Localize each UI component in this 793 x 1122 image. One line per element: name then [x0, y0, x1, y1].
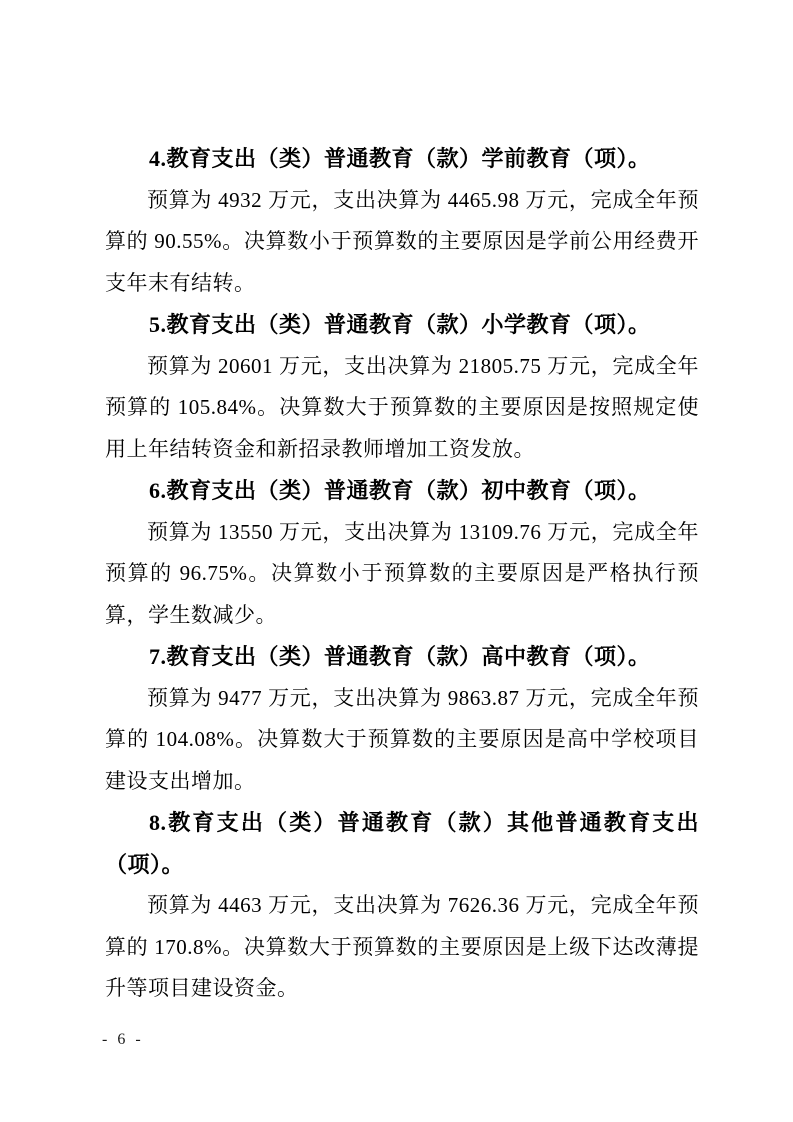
section-other-general-education: 8.教育支出（类）普通教育（款）其他普通教育支出（项）。 预算为 4463 万元…	[105, 802, 699, 1010]
section-heading: 6.教育支出（类）普通教育（款）初中教育（项）。	[105, 470, 699, 512]
section-paragraph: 预算为 9477 万元，支出决算为 9863.87 万元，完成全年预算的 104…	[105, 678, 699, 803]
section-preschool-education: 4.教育支出（类）普通教育（款）学前教育（项）。 预算为 4932 万元，支出决…	[105, 138, 699, 304]
section-paragraph: 预算为 13550 万元，支出决算为 13109.76 万元，完成全年预算的 9…	[105, 512, 699, 637]
section-primary-education: 5.教育支出（类）普通教育（款）小学教育（项）。 预算为 20601 万元，支出…	[105, 304, 699, 470]
document-content: 4.教育支出（类）普通教育（款）学前教育（项）。 预算为 4932 万元，支出决…	[105, 138, 699, 1010]
section-heading: 7.教育支出（类）普通教育（款）高中教育（项）。	[105, 636, 699, 678]
section-heading: 4.教育支出（类）普通教育（款）学前教育（项）。	[105, 138, 699, 180]
section-paragraph: 预算为 20601 万元，支出决算为 21805.75 万元，完成全年预算的 1…	[105, 346, 699, 471]
section-heading: 5.教育支出（类）普通教育（款）小学教育（项）。	[105, 304, 699, 346]
section-paragraph: 预算为 4932 万元，支出决算为 4465.98 万元，完成全年预算的 90.…	[105, 180, 699, 305]
section-paragraph: 预算为 4463 万元，支出决算为 7626.36 万元，完成全年预算的 170…	[105, 885, 699, 1010]
section-junior-high-education: 6.教育支出（类）普通教育（款）初中教育（项）。 预算为 13550 万元，支出…	[105, 470, 699, 636]
section-heading: 8.教育支出（类）普通教育（款）其他普通教育支出（项）。	[105, 802, 699, 885]
section-senior-high-education: 7.教育支出（类）普通教育（款）高中教育（项）。 预算为 9477 万元，支出决…	[105, 636, 699, 802]
page-number: - 6 -	[102, 1030, 144, 1050]
document-page: 4.教育支出（类）普通教育（款）学前教育（项）。 预算为 4932 万元，支出决…	[0, 0, 793, 1122]
